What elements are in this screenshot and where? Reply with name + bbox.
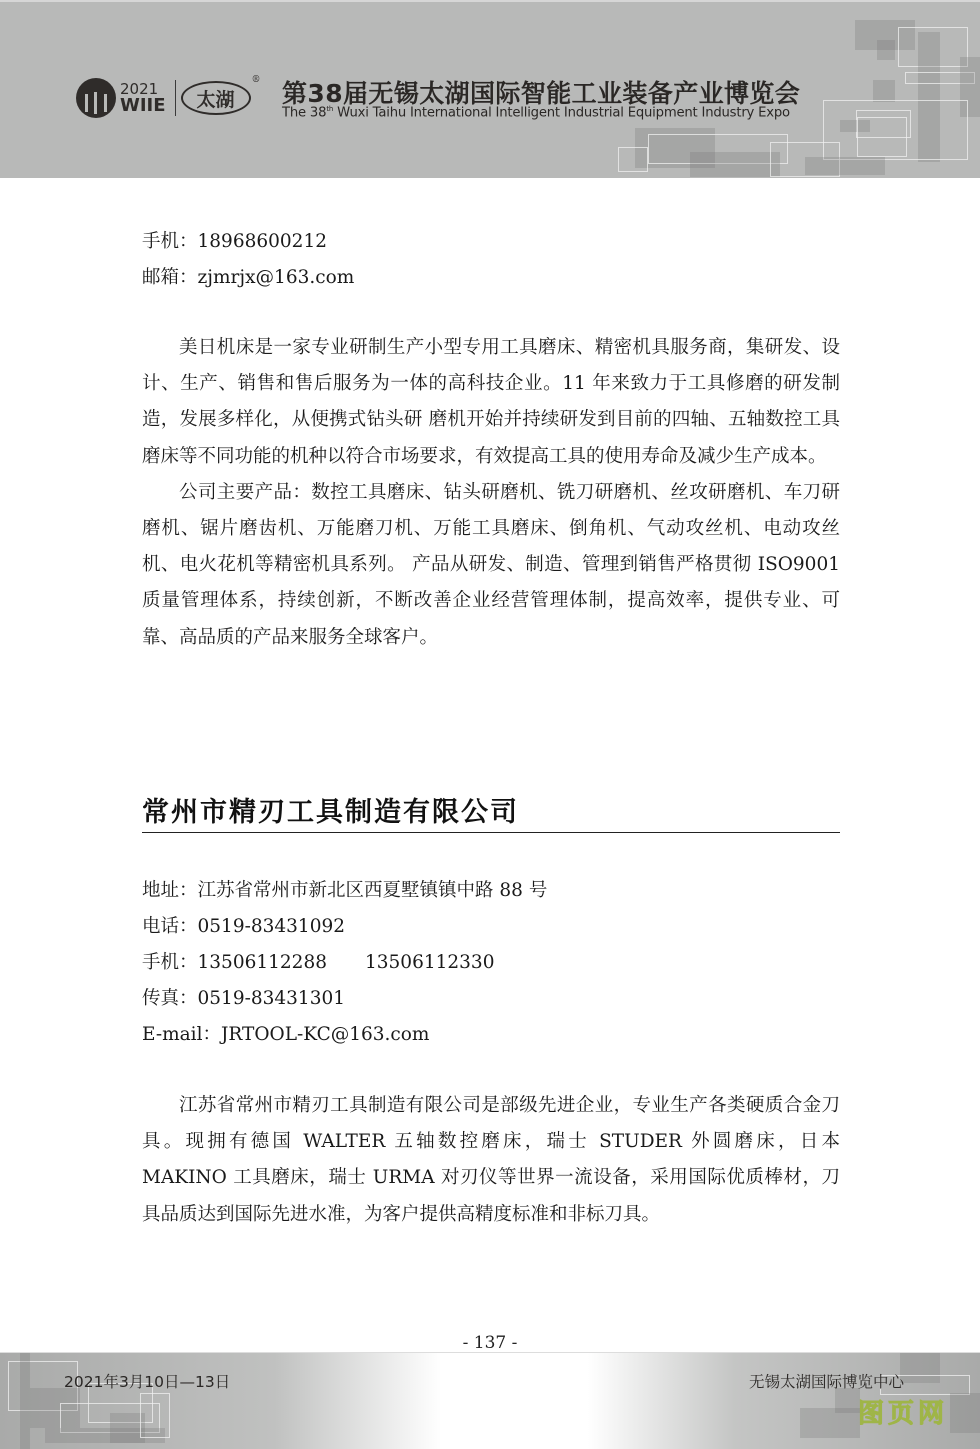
decorative-rect [690,152,780,177]
expo-title-en-suffix: Wuxi Taihu International Intelligent Ind… [333,105,790,120]
expo-venue: 无锡太湖国际博览中心 [749,1370,904,1392]
watermark-logo: 图页网 [858,1393,948,1430]
wiie-wordmark: 2021 WIIE [120,82,166,115]
expo-header-banner: 2021 WIIE 太湖 ® 第38届无锡太湖国际智能工业装备产业博览会 The… [0,0,980,178]
decorative-rect [873,80,895,102]
previous-company-contacts: 手机：18968600212 邮箱：zjmrjx@163.com [142,224,840,296]
page-number: - 137 - [0,1333,980,1353]
contact-value: 18968600212 [198,231,327,252]
expo-logo: 2021 WIIE 太湖 ® [76,74,251,122]
contact-email: E-mail：JRTOOL-KC@163.com [142,1017,840,1053]
expo-footer-banner: 2021年3月10日—13日 无锡太湖国际博览中心 图页网 [0,1353,980,1449]
decorative-rect [857,117,907,157]
decorative-rect [877,40,895,60]
contact-value: JRTOOL-KC@163.com [221,1024,429,1045]
contact-label: 手机： [142,952,198,973]
contact-label: 手机： [142,231,198,252]
decorative-rect [805,157,885,175]
previous-company-description: 美日机床是一家专业研制生产小型专用工具磨床、精密机具服务商，集研发、设计、生产、… [142,330,840,656]
contact-value: 13506112288 [198,952,327,973]
registered-mark: ® [252,75,261,85]
description-paragraph: 美日机床是一家专业研制生产小型专用工具磨床、精密机具服务商，集研发、设计、生产、… [142,330,840,475]
contact-value: 0519-83431301 [198,988,346,1009]
expo-title-en-prefix: The 38 [282,105,326,120]
company-contacts: 地址：江苏省常州市新北区西夏墅镇镇中路 88 号 电话：0519-8343109… [142,873,840,1053]
taihu-oval-logo: 太湖 ® [181,81,251,115]
contact-fax: 传真：0519-83431301 [142,981,840,1017]
contact-phone: 电话：0519-83431092 [142,909,840,945]
wiie-gear-logo-icon [76,78,116,118]
contact-label: 地址： [142,880,198,901]
contact-address: 地址：江苏省常州市新北区西夏墅镇镇中路 88 号 [142,873,840,909]
contact-label: 电话： [142,916,198,937]
decorative-rect [950,1393,980,1433]
logo-brand: WIIE [120,97,166,115]
company-description: 江苏省常州市精刃工具制造有限公司是部级先进企业，专业生产各类硬质合金刀具。现拥有… [142,1088,840,1233]
company-name-heading: 常州市精刃工具制造有限公司 [142,790,519,829]
contact-label: E-mail： [142,1024,221,1045]
decorative-rect [20,1353,30,1449]
contact-mobile: 手机：1350611228813506112330 [142,945,840,981]
heading-underline [142,832,840,833]
taihu-logo-text: 太湖 [197,85,235,112]
expo-dates: 2021年3月10日—13日 [64,1370,230,1392]
contact-mobile: 手机：18968600212 [142,224,840,260]
contact-value: 0519-83431092 [198,916,346,937]
contact-label: 传真： [142,988,198,1009]
contact-email: 邮箱：zjmrjx@163.com [142,260,840,296]
decorative-rect [140,1393,170,1438]
products-paragraph: 公司主要产品：数控工具磨床、钻头研磨机、铣刀研磨机、丝攻研磨机、车刀研磨机、锯片… [142,475,840,656]
contact-label: 邮箱： [142,267,198,288]
description-paragraph: 江苏省常州市精刃工具制造有限公司是部级先进企业，专业生产各类硬质合金刀具。现拥有… [142,1088,840,1233]
expo-title-en: The 38th Wuxi Taihu International Intell… [282,105,790,120]
contact-value-secondary: 13506112330 [365,952,494,973]
contact-value: zjmrjx@163.com [198,267,355,288]
decorative-rect [618,147,648,172]
logo-divider [175,80,176,116]
contact-value: 江苏省常州市新北区西夏墅镇镇中路 88 号 [198,880,548,901]
